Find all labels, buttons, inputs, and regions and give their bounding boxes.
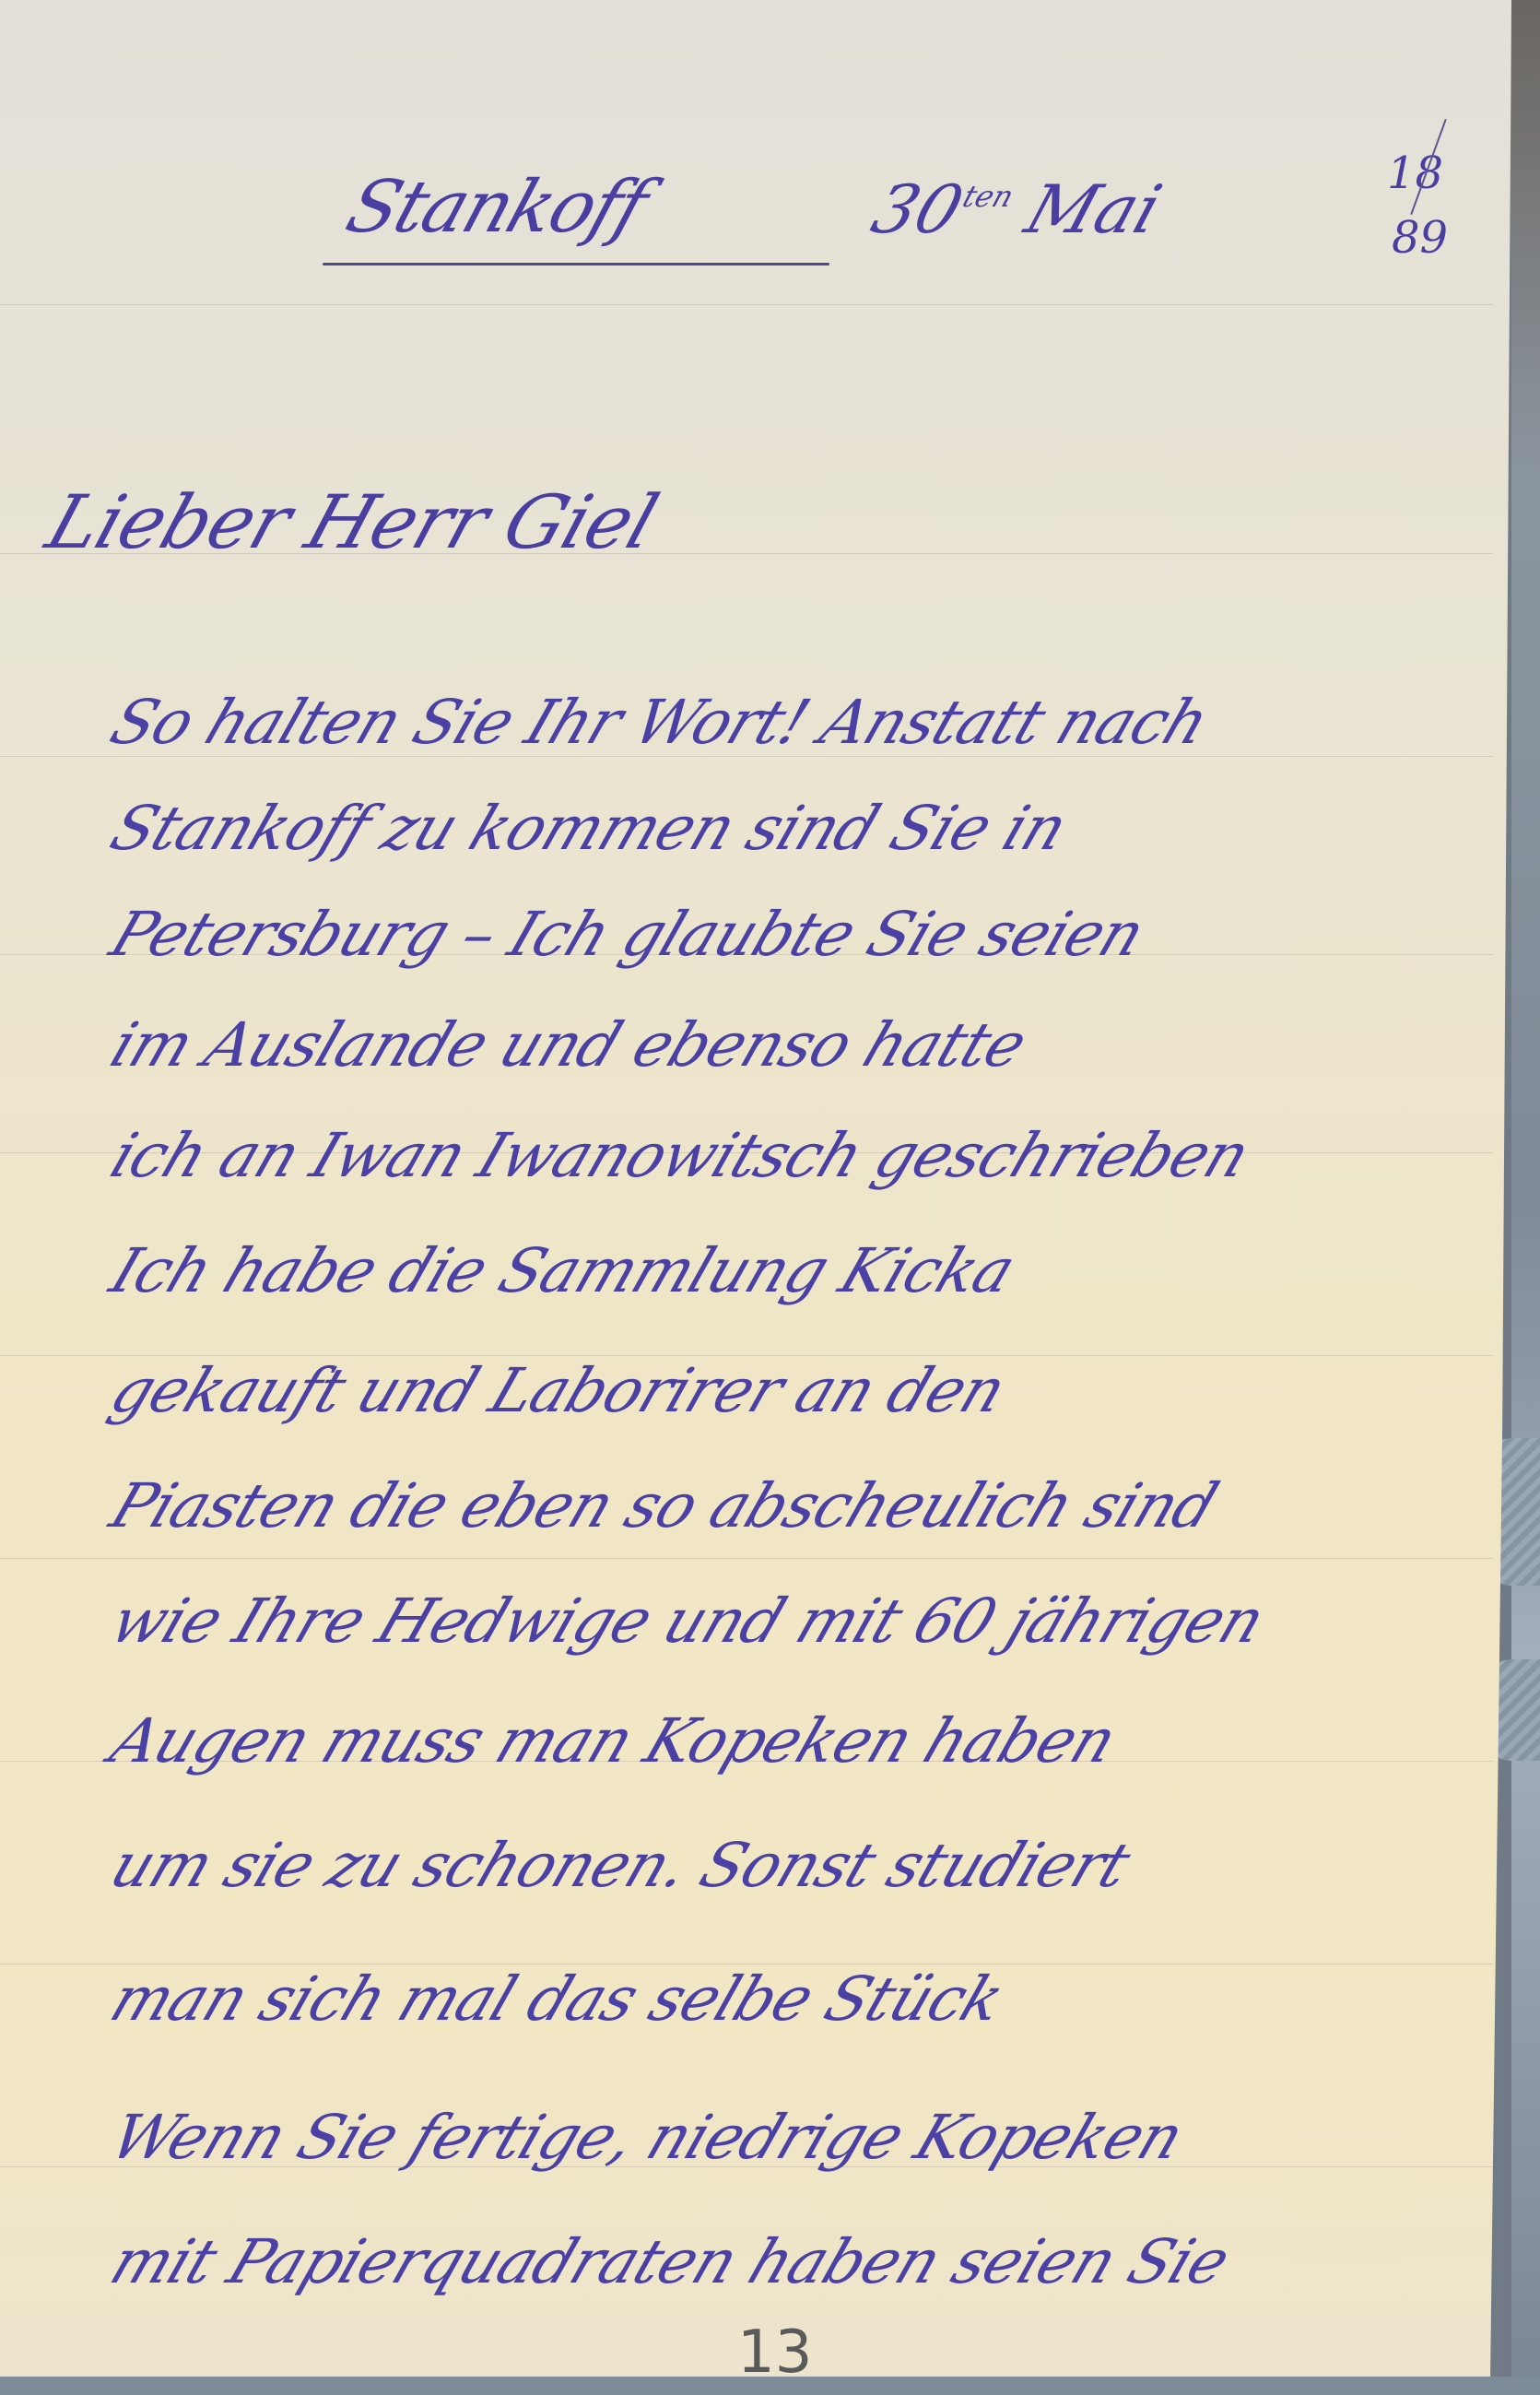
letter-line: man sich mal das selbe Stück	[101, 1964, 1491, 2035]
letter-header: Stankoff 30ten Mai 18 89	[323, 101, 1447, 378]
date: 30ten Mai	[863, 171, 1170, 248]
letter-line: um sie zu schonen. Sonst studiert	[101, 1830, 1491, 1901]
date-month: Mai	[1017, 171, 1170, 248]
background-surface	[0, 2377, 1540, 2395]
salutation: Lieber Herr Giel	[37, 479, 667, 565]
letter-line: Wenn Sie fertige, niedrige Kopeken	[101, 2102, 1491, 2173]
letter-line: So halten Sie Ihr Wort! Anstatt nach	[101, 687, 1491, 758]
letter-line: gekauft und Laborirer an den	[101, 1355, 1491, 1426]
letter-line: Augen muss man Kopeken haben	[101, 1705, 1491, 1776]
place-underline	[323, 263, 829, 265]
letter-page: Stankoff 30ten Mai 18 89 Lieber Herr Gie…	[0, 0, 1511, 2377]
letter-line: im Auslande und ebenso hatte	[101, 1009, 1491, 1080]
year-bottom: 89	[1392, 212, 1448, 264]
letter-line: ich an Iwan Iwanowitsch geschrieben	[101, 1120, 1491, 1191]
letter-line: Stankoff zu kommen sind Sie in	[101, 793, 1491, 864]
year: 18 89	[1387, 111, 1470, 323]
date-suffix: ten	[958, 179, 1018, 214]
date-day: 30	[863, 171, 972, 248]
letter-line: Ich habe die Sammlung Kicka	[101, 1235, 1491, 1306]
letter-line: mit Papierquadraten haben seien Sie	[101, 2226, 1491, 2297]
letter-line: Petersburg – Ich glaubte Sie seien	[101, 899, 1491, 970]
letter-line: wie Ihre Hedwige und mit 60 jährigen	[101, 1586, 1491, 1657]
ruled-line	[0, 1558, 1493, 1559]
letter-line: Piasten die eben so abscheulich sind	[101, 1470, 1491, 1541]
place-name: Stankoff	[336, 166, 656, 249]
year-top: 18	[1387, 147, 1443, 199]
background-surface	[1511, 0, 1540, 2395]
